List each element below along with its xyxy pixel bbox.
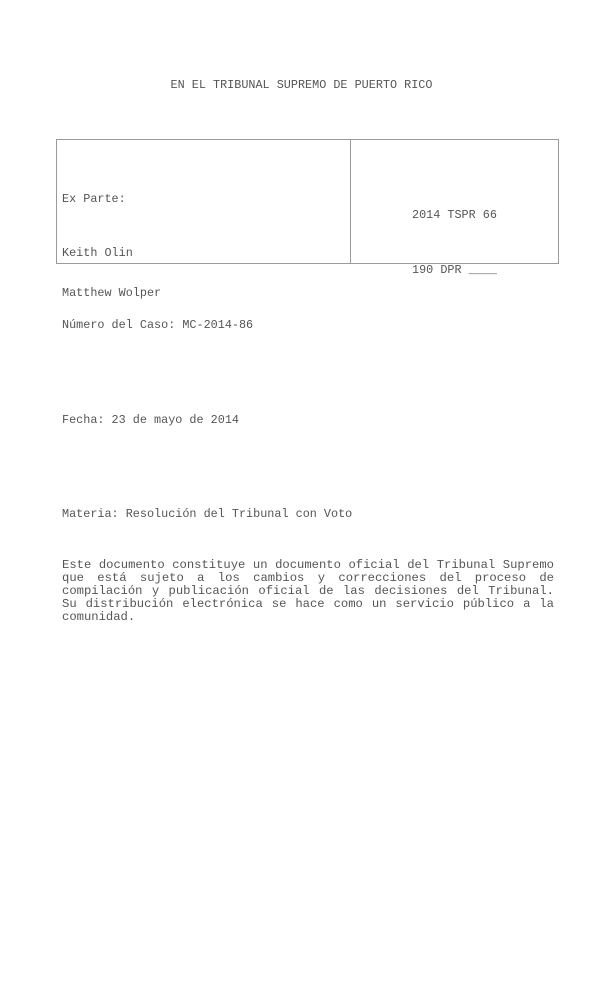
citation-tspr: 2014 TSPR 66 bbox=[412, 208, 497, 222]
caption-divider bbox=[350, 140, 351, 263]
official-document-notice: Este documento constituye un documento o… bbox=[62, 559, 554, 624]
court-title: EN EL TRIBUNAL SUPREMO DE PUERTO RICO bbox=[0, 78, 603, 92]
case-date: Fecha: 23 de mayo de 2014 bbox=[62, 413, 239, 427]
case-caption-box: Ex Parte: Keith Olin Matthew Wolper 2014… bbox=[56, 139, 559, 264]
citation-dpr: 190 DPR ____ bbox=[412, 263, 497, 277]
party-name: Matthew Wolper bbox=[62, 287, 161, 301]
parties-label: Ex Parte: bbox=[62, 193, 161, 207]
parties-block: Ex Parte: Keith Olin Matthew Wolper bbox=[62, 166, 161, 328]
party-name: Keith Olin bbox=[62, 247, 161, 261]
citations-block: 2014 TSPR 66 190 DPR ____ bbox=[412, 180, 497, 305]
case-subject: Materia: Resolución del Tribunal con Vot… bbox=[62, 507, 352, 521]
case-number: Número del Caso: MC-2014-86 bbox=[62, 318, 253, 332]
